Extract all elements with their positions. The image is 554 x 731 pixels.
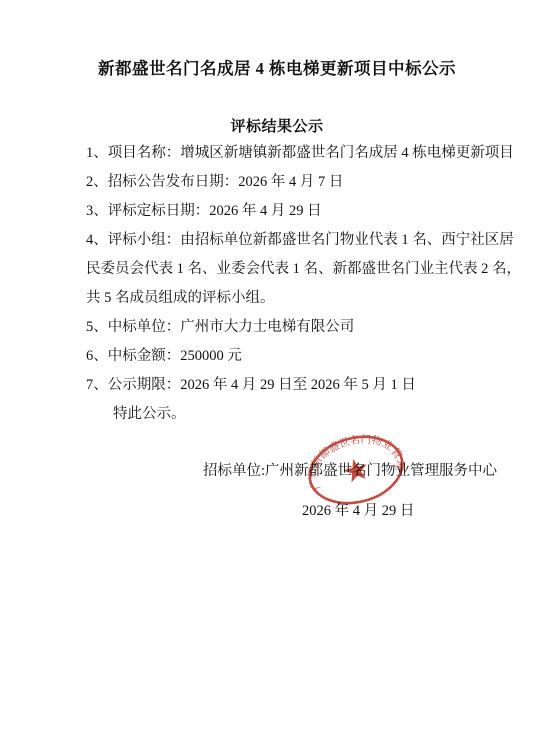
item-publicity-period: 7、公示期限：2026 年 4 月 29 日至 2026 年 5 月 1 日 xyxy=(86,371,514,400)
item-evaluation-panel-line-3: 共 5 名成员组成的评标小组。 xyxy=(86,284,514,313)
item-tender-announcement-date: 2、招标公告发布日期：2026 年 4 月 7 日 xyxy=(86,168,514,197)
item-winning-bidder: 5、中标单位：广州市大力士电梯有限公司 xyxy=(86,313,514,342)
document-body: 1、项目名称：增城区新塘镇新都盛世名门名成居 4 栋电梯更新项目 2、招标公告发… xyxy=(86,139,514,429)
item-project-name: 1、项目名称：增城区新塘镇新都盛世名门名成居 4 栋电梯更新项目 xyxy=(86,139,514,168)
announcement-document: 新都盛世名门名成居 4 栋电梯更新项目中标公示 评标结果公示 1、项目名称：增城… xyxy=(0,0,554,731)
signature-date-line: 2026 年 4 月 29 日 xyxy=(302,502,414,521)
closing-statement: 特此公示。 xyxy=(113,400,514,429)
item-evaluation-panel-line-1: 4、评标小组：由招标单位新都盛世名门物业代表 1 名、西宁社区居 xyxy=(86,226,514,255)
document-subtitle: 评标结果公示 xyxy=(0,115,554,136)
signature-unit-line: 招标单位:广州新都盛世名门物业管理服务中心 xyxy=(203,462,497,481)
item-evaluation-panel-line-2: 民委员会代表 1 名、业委会代表 1 名、新都盛世名门业主代表 2 名， xyxy=(86,255,514,284)
document-title: 新都盛世名门名成居 4 栋电梯更新项目中标公示 xyxy=(0,55,554,79)
item-evaluation-date: 3、评标定标日期：2026 年 4 月 29 日 xyxy=(86,197,514,226)
item-winning-amount: 6、中标金额：250000 元 xyxy=(86,342,514,371)
